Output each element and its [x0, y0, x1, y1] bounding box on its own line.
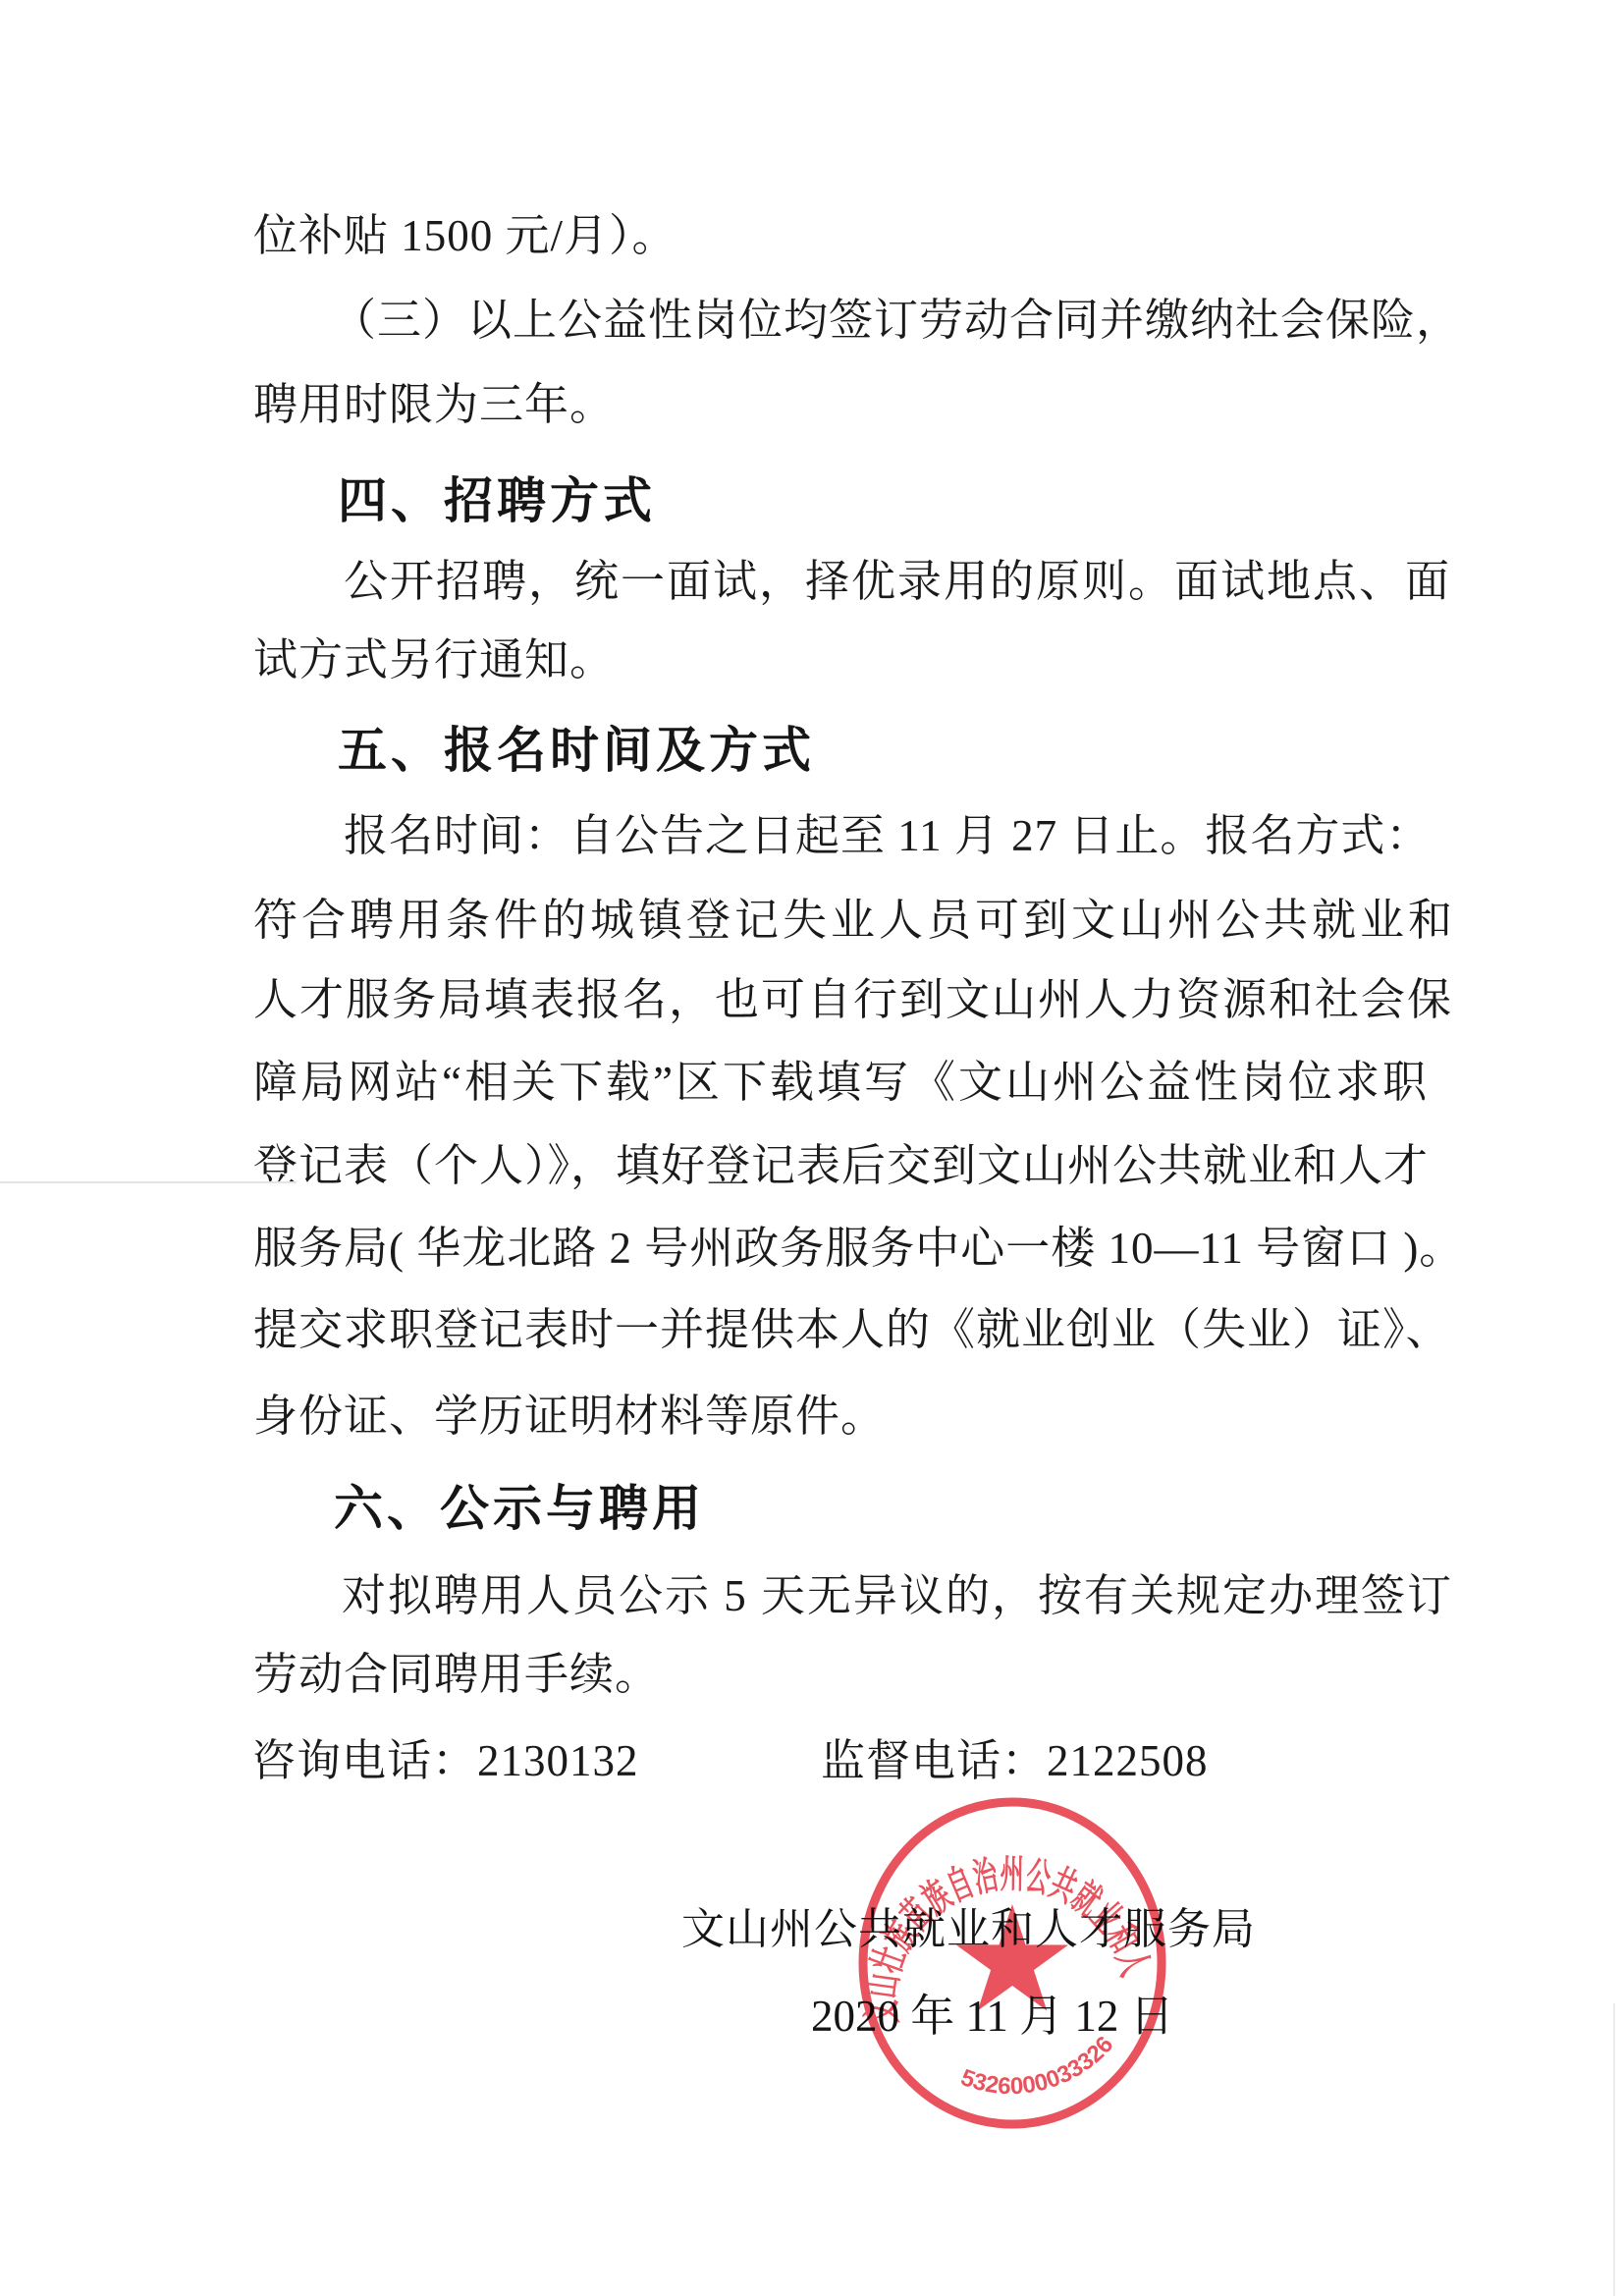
consult-phone-text: 咨询电话：2130132 — [251, 1734, 639, 1787]
paragraph-line: 试方式另行通知。 — [253, 633, 615, 686]
scanned-document-page: 位补贴 1500 元/月）。 （三）以上公益性岗位均签订劳动合同并缴纳社会保险，… — [0, 0, 1623, 2296]
svg-text:5326000033326: 5326000033326 — [957, 2031, 1118, 2100]
paragraph-line: 服务局( 华龙北路 2 号州政务服务中心一楼 10—11 号窗口 )。 — [253, 1222, 1464, 1275]
seal-code-text: 5326000033326 — [957, 2031, 1118, 2100]
official-seal-stamp: 文山壮族苗族自治州公共就业和人才服务局 5326000033326 — [850, 1789, 1174, 2137]
paragraph-line: 位补贴 1500 元/月）。 — [253, 209, 677, 262]
paragraph-line: 聘用时限为三年。 — [253, 378, 615, 431]
section-heading-4: 四、招聘方式 — [338, 471, 656, 530]
supervise-phone-text: 监督电话：2122508 — [821, 1734, 1209, 1787]
seal-star-icon — [956, 1904, 1068, 2011]
scan-artifact-edge — [1613, 2003, 1615, 2296]
paragraph-line: 对拟聘用人员公示 5 天无异议的，按有关规定办理签订 — [342, 1569, 1453, 1622]
paragraph-line: 身份证、学历证明材料等原件。 — [253, 1390, 886, 1443]
paragraph-line: 人才服务局填表报名，也可自行到文山州人力资源和社会保 — [253, 973, 1453, 1026]
paragraph-line: （三）以上公益性岗位均签订劳动合同并缴纳社会保险， — [332, 294, 1461, 347]
paragraph-line: 劳动合同聘用手续。 — [253, 1648, 660, 1701]
section-heading-6: 六、公示与聘用 — [334, 1479, 705, 1538]
section-heading-5: 五、报名时间及方式 — [338, 721, 815, 780]
paragraph-line: 障局网站“相关下载”区下载填写《文山州公益性岗位求职 — [253, 1056, 1430, 1109]
paragraph-line: 登记表（个人）》，填好登记表后交到文山州公共就业和人才 — [253, 1139, 1429, 1192]
scan-artifact-line — [0, 1181, 297, 1183]
paragraph-line: 报名时间：自公告之日起至 11 月 27 日止。报名方式： — [344, 809, 1431, 862]
paragraph-line: 符合聘用条件的城镇登记失业人员可到文山州公共就业和 — [253, 894, 1456, 947]
paragraph-line: 提交求职登记表时一并提供本人的《就业创业（失业）证》、 — [253, 1303, 1451, 1356]
paragraph-line: 公开招聘，统一面试，择优录用的原则。面试地点、面 — [344, 555, 1451, 608]
